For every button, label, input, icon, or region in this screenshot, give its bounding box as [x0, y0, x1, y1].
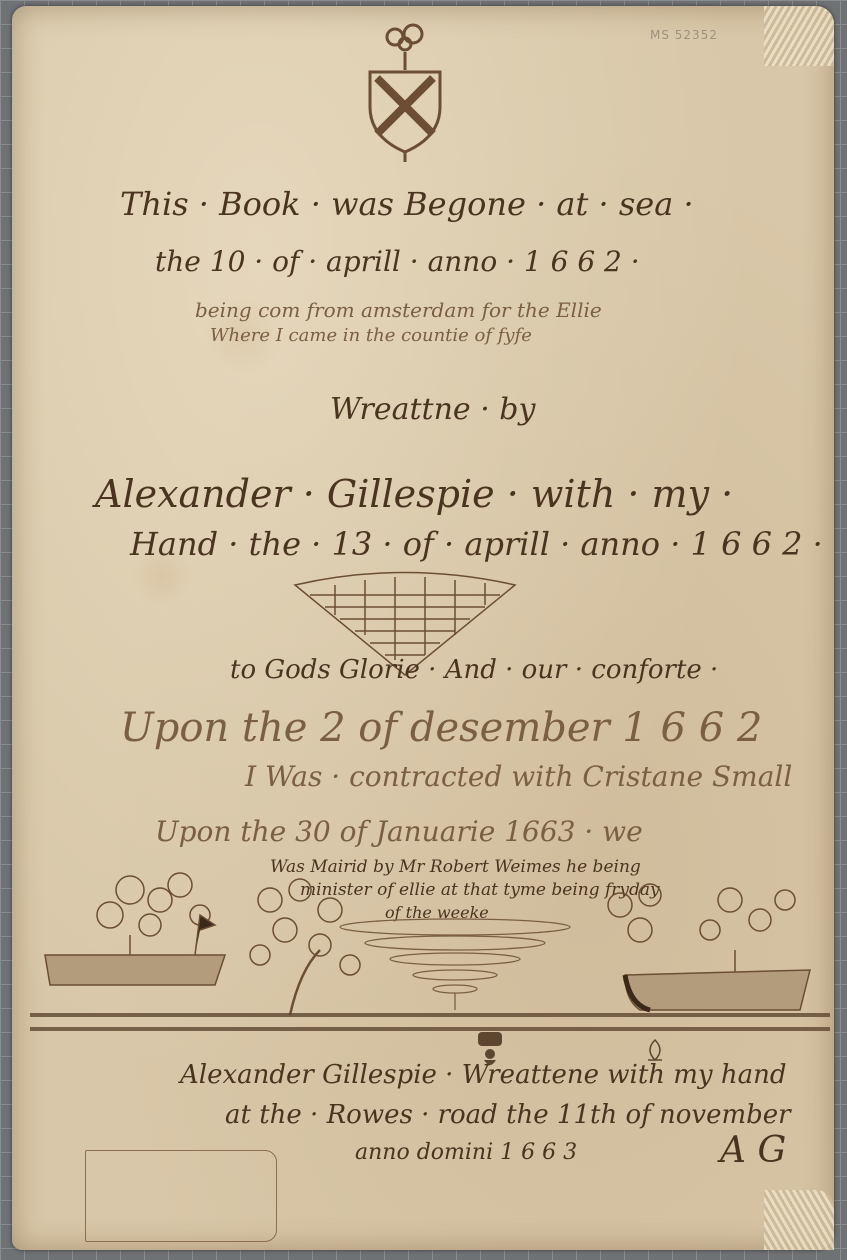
text-line: This · Book · was Begone · at · sea · — [120, 185, 694, 223]
text-line: I Was · contracted with Cristane Small — [245, 760, 792, 793]
text-line: Upon the 30 of Januarie 1663 · we — [155, 815, 643, 848]
frayed-corner — [764, 1190, 834, 1250]
divider-rule — [30, 1013, 830, 1017]
divider-rule — [30, 1027, 830, 1031]
text-line: Upon the 2 of desember 1 6 6 2 — [120, 705, 762, 751]
initials: A G — [720, 1130, 786, 1171]
text-line: Hand · the · 13 · of · aprill · anno · 1… — [130, 525, 823, 563]
text-line: to Gods Glorie · And · our · conforte · — [230, 655, 718, 685]
text-line: the 10 · of · aprill · anno · 1 6 6 2 · — [155, 245, 640, 278]
text-line: at the · Rowes · road the 11th of novemb… — [225, 1100, 791, 1130]
text-line: anno domini 1 6 6 3 — [355, 1140, 577, 1165]
text-line: Wreattne · by — [330, 392, 535, 427]
whirlwind-ornament-icon — [330, 915, 580, 1015]
faint-note-box — [85, 1150, 277, 1242]
text-line: being com from amsterdam for the Ellie — [195, 298, 602, 322]
text-line: Alexander Gillespie · Wreattene with my … — [180, 1060, 787, 1090]
ship-right-icon — [580, 870, 820, 1020]
ship-left-icon — [40, 860, 240, 990]
text-line: Where I came in the countie of fyfe — [210, 325, 532, 346]
crest-shield-icon — [355, 12, 455, 162]
shelfmark: MS 52352 — [650, 28, 718, 42]
text-line: Alexander · Gillespie · with · my · — [95, 472, 733, 516]
frayed-corner — [764, 6, 834, 66]
